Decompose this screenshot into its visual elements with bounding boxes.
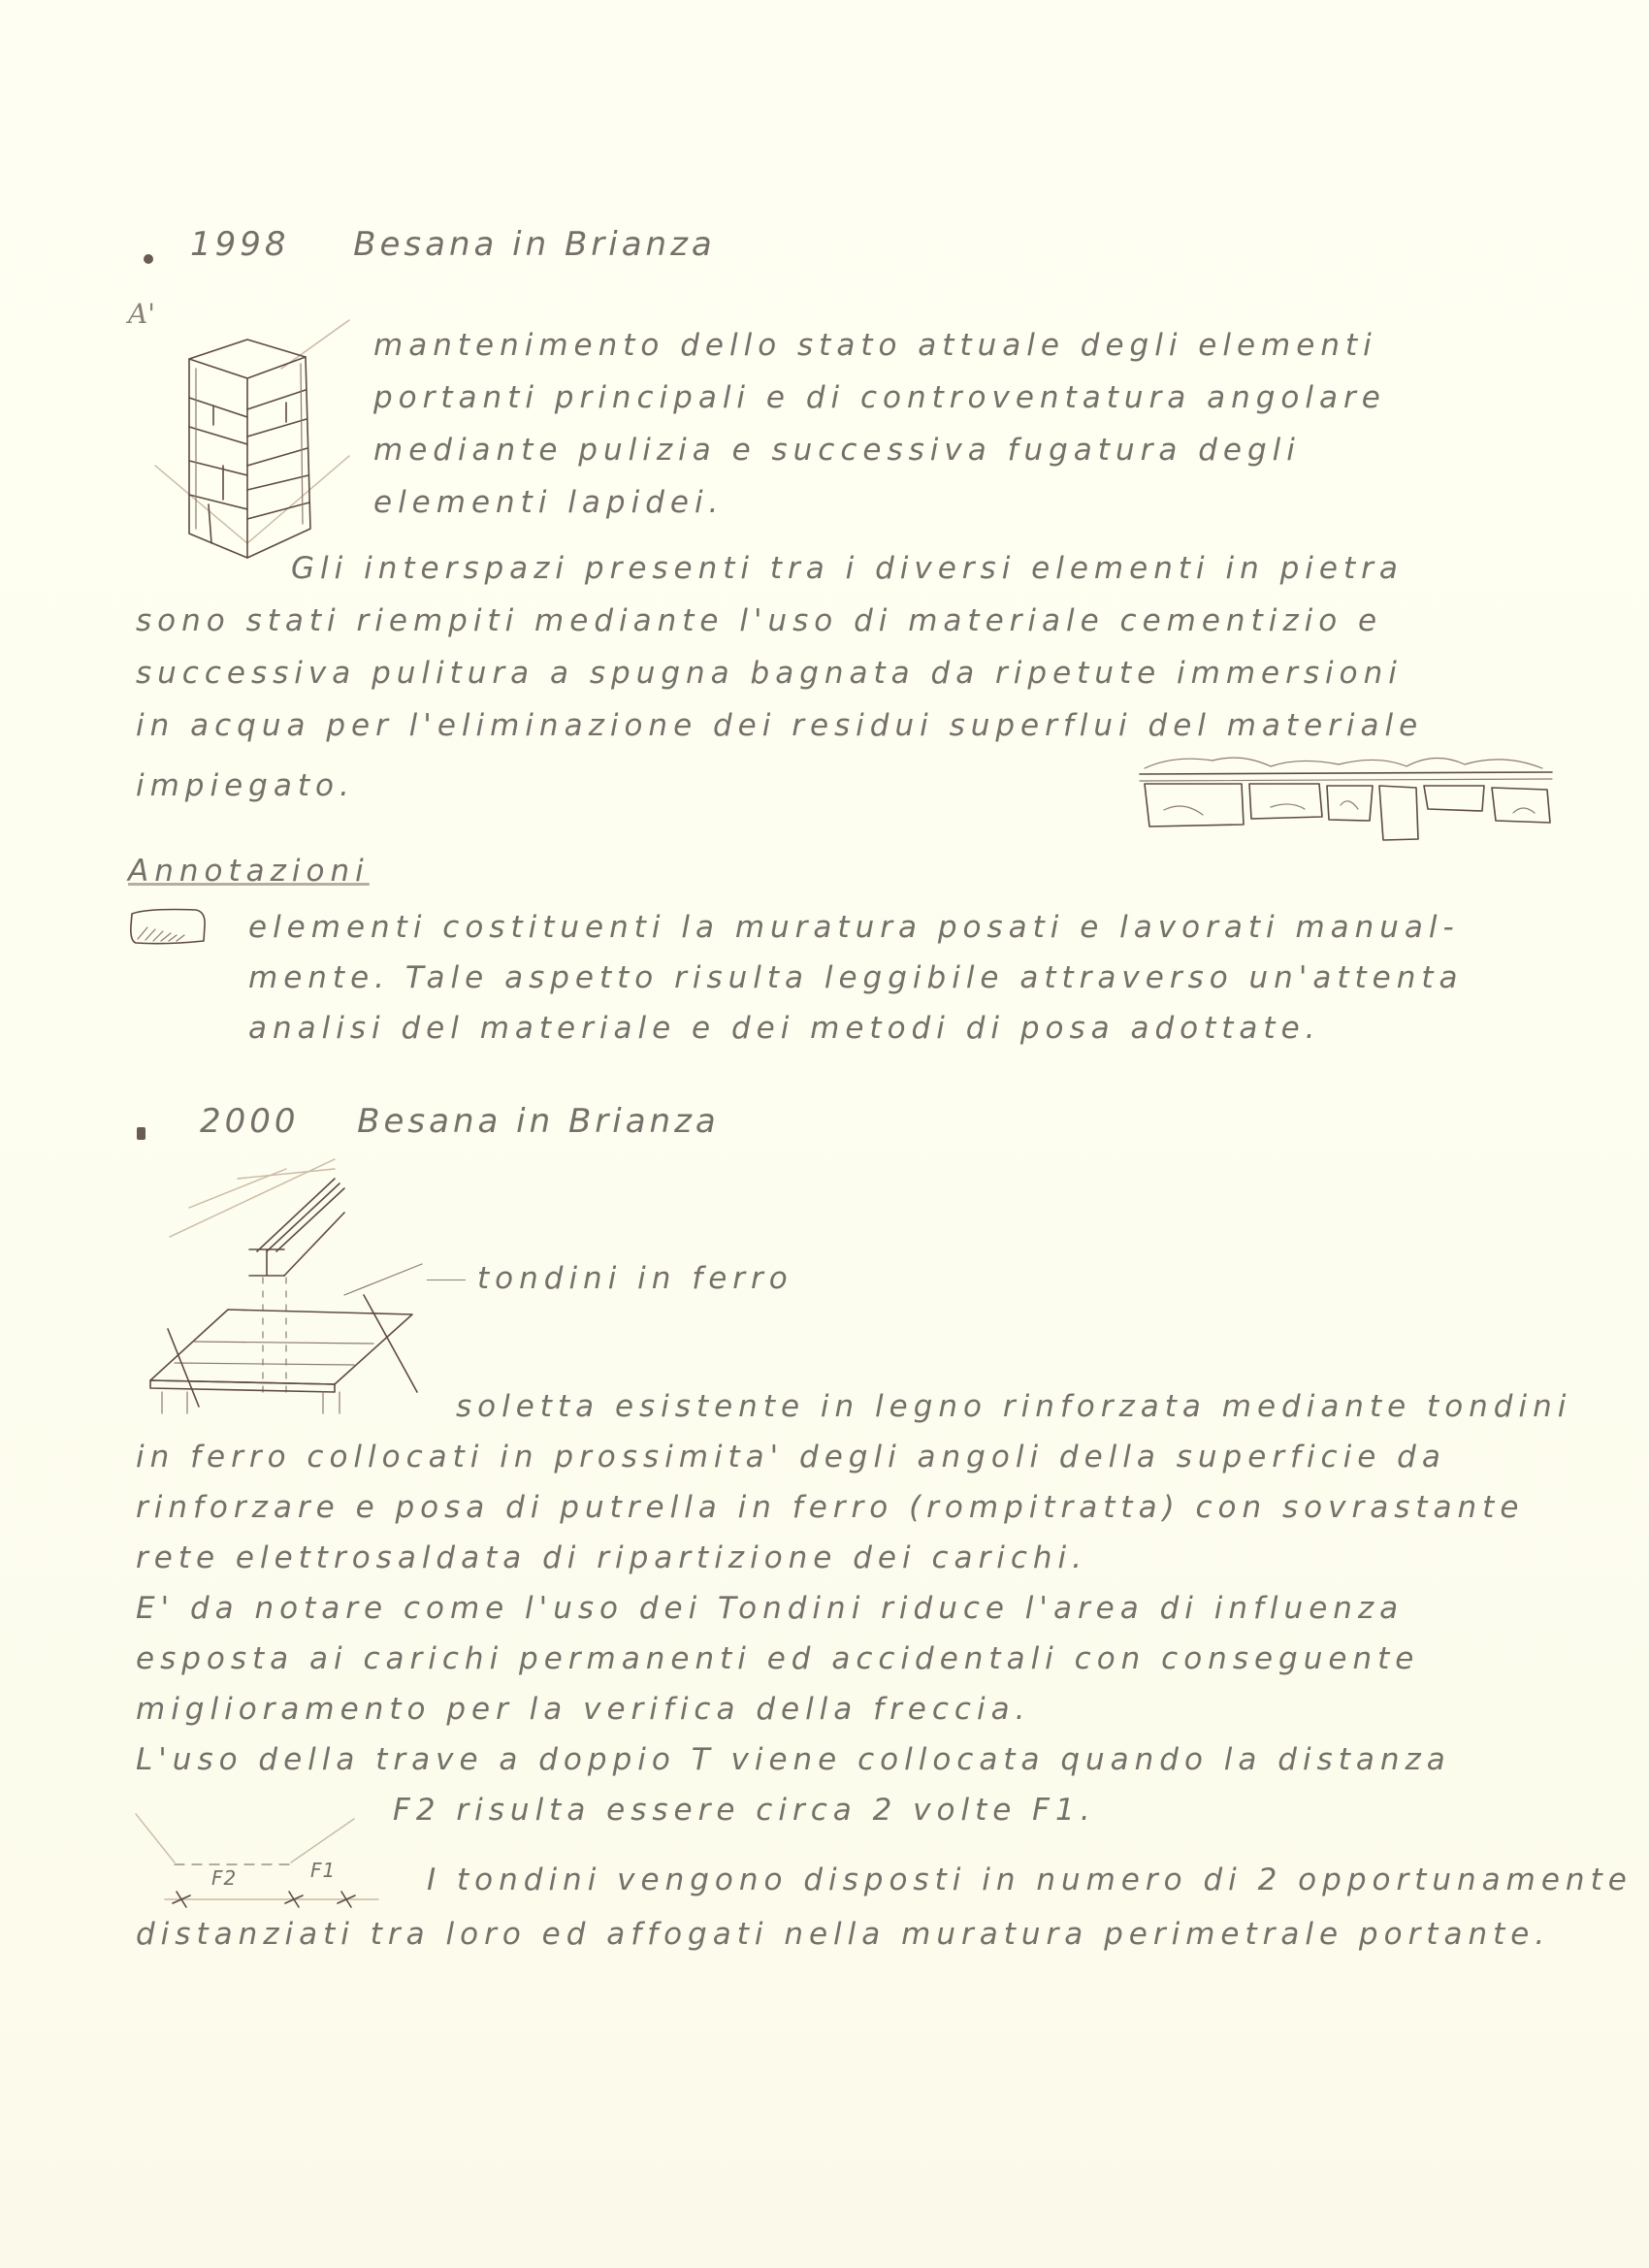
paragraph-line: E' da notare come l'uso dei Tondini ridu…	[136, 1591, 1404, 1626]
annotations-title: Annotazioni	[128, 854, 370, 889]
paragraph-line: F2 risulta essere circa 2 volte F1.	[393, 1793, 1096, 1828]
heading-year: 2000	[200, 1102, 300, 1141]
paragraph-line: in ferro collocati in prossimita' degli …	[136, 1440, 1446, 1474]
paragraph-line: Gli interspazi presenti tra i diversi el…	[291, 551, 1404, 586]
paragraph-line: L'uso della trave a doppio T viene collo…	[136, 1742, 1451, 1777]
scanned-page: 1998 Besana in Brianza A' mantenimento d…	[0, 0, 1649, 2268]
stone-corner-column-sketch	[155, 320, 369, 572]
span-distance-diagram	[126, 1804, 398, 1911]
paragraph-line: portanti principali e di controventatura…	[373, 380, 1386, 415]
paragraph-line: esposta ai carichi permanenti ed acciden…	[136, 1641, 1419, 1676]
heading-place: Besana in Brianza	[357, 1102, 720, 1141]
sketch-label-text: tondini in ferro	[477, 1261, 793, 1296]
paragraph-line: mediante pulizia e successiva fugatura d…	[373, 433, 1301, 468]
diagram-label-f1: F1	[310, 1859, 336, 1882]
paragraph-line: rinforzare e posa di putrella in ferro (…	[136, 1490, 1524, 1525]
paragraph-line: elementi lapidei.	[373, 485, 724, 520]
sketch-label-tondini: tondini in ferro	[427, 1261, 793, 1296]
section-bullet-1998	[144, 254, 153, 264]
annotation-line: mente. Tale aspetto risulta leggibile at…	[248, 960, 1464, 995]
paragraph-line: mantenimento dello stato attuale degli e…	[373, 328, 1377, 363]
diagram-label-f2: F2	[211, 1866, 237, 1890]
heading-place: Besana in Brianza	[353, 225, 716, 264]
annotation-line: elementi costituenti la muratura posati …	[248, 910, 1460, 945]
paragraph-line: rete elettrosaldata di ripartizione dei …	[136, 1540, 1087, 1575]
paragraph-line: impiegato.	[136, 768, 355, 803]
paragraph-line: sono stati riempiti mediante l'uso di ma…	[136, 603, 1382, 638]
annotation-line: analisi del materiale e dei metodi di po…	[248, 1011, 1321, 1046]
paragraph-line: distanziati tra loro ed affogati nella m…	[136, 1917, 1550, 1952]
paragraph-line: in acqua per l'eliminazione dei residui …	[136, 708, 1423, 743]
paragraph-line: successiva pulitura a spugna bagnata da …	[136, 656, 1403, 691]
floor-reinforcement-sketch	[141, 1159, 432, 1421]
section-bullet-2000	[137, 1127, 145, 1140]
paragraph-line: I tondini vengono disposti in numero di …	[427, 1863, 1633, 1897]
paragraph-line: soletta esistente in legno rinforzata me…	[456, 1389, 1571, 1424]
section-heading-2000: 2000 Besana in Brianza	[200, 1102, 720, 1141]
section-heading-1998: 1998 Besana in Brianza	[190, 225, 716, 264]
heading-year: 1998	[190, 225, 290, 264]
stone-wall-section-sketch	[1135, 747, 1562, 844]
stone-block-icon	[128, 906, 208, 947]
paragraph-line: miglioramento per la verifica della frec…	[136, 1692, 1030, 1727]
figure-label-a: A'	[128, 298, 155, 330]
